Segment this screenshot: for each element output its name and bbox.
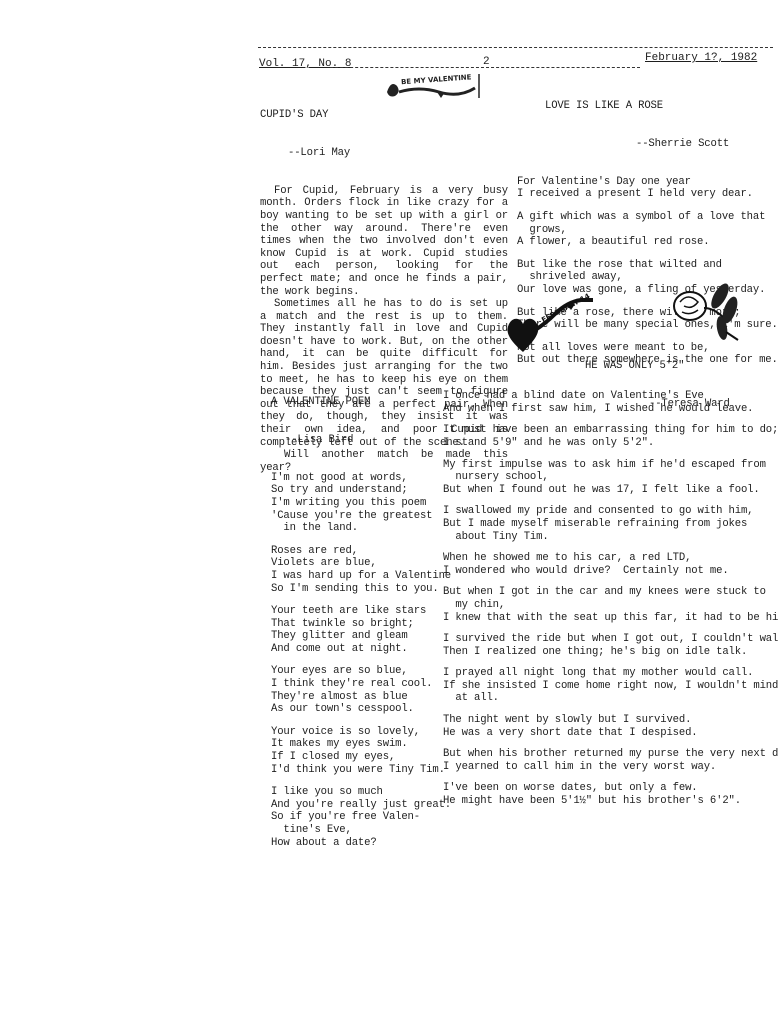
- stanza: I swallowed my pride and consented to go…: [443, 505, 778, 543]
- verse-line: If she insisted I come home right now, I…: [443, 680, 778, 693]
- verse-line: But when I got in the car and my knees w…: [443, 586, 778, 599]
- verse-line: Violets are blue,: [271, 557, 451, 570]
- verse-line: A flower, a beautiful red rose.: [517, 236, 778, 249]
- verse-line: nursery school,: [443, 471, 778, 484]
- stanza: I once had a blind date on Valentine's E…: [443, 390, 778, 415]
- stanza: But when his brother returned my purse t…: [443, 748, 778, 773]
- verse-line: But like the rose that wilted and: [517, 259, 778, 272]
- verse-line: I prayed all night long that my mother w…: [443, 667, 778, 680]
- verse-line: grows,: [517, 224, 778, 237]
- volume-label: Vol. 17, No. 8: [259, 58, 351, 70]
- verse-line: in the land.: [271, 522, 451, 535]
- verse-line: Your voice is so lovely,: [271, 726, 451, 739]
- verse-line: I survived the ride but when I got out, …: [443, 633, 778, 646]
- stanza: Your eyes are so blue,I think they're re…: [271, 665, 451, 715]
- verse-line: And when I first saw him, I wished he wo…: [443, 403, 778, 416]
- verse-line: Your eyes are so blue,: [271, 665, 451, 678]
- verse-line: I'm writing you this poem: [271, 497, 451, 510]
- verse-line: It makes my eyes swim.: [271, 738, 451, 751]
- svg-text:FEBRUARY 14: FEBRUARY 14: [540, 292, 591, 324]
- issue-date: February 1?, 1982: [645, 52, 757, 64]
- verse-line: For Valentine's Day one year: [517, 176, 778, 189]
- verse-line: If I closed my eyes,: [271, 751, 451, 764]
- verse-line: Then I realized one thing; he's big on i…: [443, 646, 778, 659]
- verse-line: My first impulse was to ask him if he'd …: [443, 459, 778, 472]
- verse-line: I'd think you were Tiny Tim.: [271, 764, 451, 777]
- verse-line: The night went by slowly but I survived.: [443, 714, 778, 727]
- rose-icon: [668, 282, 744, 342]
- article-author: --Lori May: [260, 147, 508, 160]
- article-title: CUPID'S DAY: [260, 109, 508, 122]
- stanza: But when I got in the car and my knees w…: [443, 586, 778, 624]
- stanza: I survived the ride but when I got out, …: [443, 633, 778, 658]
- stanza: It must have been an embarrassing thing …: [443, 424, 778, 449]
- verse-line: He was a very short date that I despised…: [443, 727, 778, 740]
- poem-author: --Sherrie Scott: [517, 138, 778, 151]
- verse-line: But when I found out he was 17, I felt l…: [443, 484, 778, 497]
- verse-line: Roses are red,: [271, 545, 451, 558]
- stanza: Your voice is so lovely,It makes my eyes…: [271, 726, 451, 776]
- verse-line: So I'm sending this to you.: [271, 583, 451, 596]
- verse-line: I received a present I held very dear.: [517, 188, 778, 201]
- verse-line: I yearned to call him in the very worst …: [443, 761, 778, 774]
- verse-line: tine's Eve,: [271, 824, 451, 837]
- verse-line: That twinkle so bright;: [271, 618, 451, 631]
- february-14-heart-clipart: FEBRUARY 14: [505, 292, 595, 358]
- verse-line: I knew that with the seat up this far, i…: [443, 612, 778, 625]
- stanza: A gift which was a symbol of a love that…: [517, 211, 778, 249]
- stanza: I've been on worse dates, but only a few…: [443, 782, 778, 807]
- stanza: My first impulse was to ask him if he'd …: [443, 459, 778, 497]
- paragraph: For Cupid, February is a very busy month…: [260, 185, 508, 298]
- verse-line: I was hard up for a Valentine: [271, 570, 451, 583]
- poem-title: LOVE IS LIKE A ROSE: [517, 100, 778, 113]
- poem-he-was-only-body: I once had a blind date on Valentine's E…: [443, 365, 778, 829]
- verse-line: They're almost as blue: [271, 691, 451, 704]
- stanza: The night went by slowly but I survived.…: [443, 714, 778, 739]
- masthead-dashed-rule: [330, 67, 640, 68]
- verse-line: Your teeth are like stars: [271, 605, 451, 618]
- verse-line: But when his brother returned my purse t…: [443, 748, 778, 761]
- poem-title: A VALENTINE POEM: [271, 396, 451, 409]
- verse-line: I think they're real cool.: [271, 678, 451, 691]
- verse-line: 'Cause you're the greatest: [271, 510, 451, 523]
- verse-line: But I made myself miserable refraining f…: [443, 518, 778, 531]
- verse-line: And you're really just great.: [271, 799, 451, 812]
- stanza: I'm not good at words,So try and underst…: [271, 472, 451, 535]
- stanza: When he showed me to his car, a red LTD,…: [443, 552, 778, 577]
- verse-line: So try and understand;: [271, 484, 451, 497]
- verse-line: at all.: [443, 692, 778, 705]
- verse-line: So if you're free Valen-: [271, 811, 451, 824]
- stanza: I prayed all night long that my mother w…: [443, 667, 778, 705]
- verse-line: I like you so much: [271, 786, 451, 799]
- verse-line: I once had a blind date on Valentine's E…: [443, 390, 778, 403]
- top-dashed-rule: [258, 47, 773, 48]
- verse-line: He might have been 5'1½" but his brother…: [443, 795, 778, 808]
- verse-line: A gift which was a symbol of a love that: [517, 211, 778, 224]
- verse-line: And come out at night.: [271, 643, 451, 656]
- poem-a-valentine-poem: A VALENTINE POEM --Lisa Bird I'm not goo…: [271, 371, 451, 872]
- stanza: Your teeth are like starsThat twinkle so…: [271, 605, 451, 655]
- heart-icon: FEBRUARY 14: [505, 292, 595, 358]
- rose-clipart: [668, 282, 744, 342]
- verse-line: about Tiny Tim.: [443, 531, 778, 544]
- poem-author: --Lisa Bird: [271, 434, 451, 447]
- poem-stanzas: I'm not good at words,So try and underst…: [271, 472, 451, 849]
- verse-line: I'm not good at words,: [271, 472, 451, 485]
- verse-line: It must have been an embarrassing thing …: [443, 424, 778, 437]
- verse-line: When he showed me to his car, a red LTD,: [443, 552, 778, 565]
- verse-line: As our town's cesspool.: [271, 703, 451, 716]
- verse-line: They glitter and gleam: [271, 630, 451, 643]
- verse-line: I've been on worse dates, but only a few…: [443, 782, 778, 795]
- verse-line: my chin,: [443, 599, 778, 612]
- stanza: I like you so muchAnd you're really just…: [271, 786, 451, 849]
- verse-line: I wondered who would drive? Certainly no…: [443, 565, 778, 578]
- poem-stanzas: I once had a blind date on Valentine's E…: [443, 390, 778, 807]
- stanza: Roses are red,Violets are blue,I was har…: [271, 545, 451, 595]
- verse-line: I swallowed my pride and consented to go…: [443, 505, 778, 518]
- verse-line: How about a date?: [271, 837, 451, 850]
- verse-line: I stand 5'9" and he was only 5'2".: [443, 437, 778, 450]
- stanza: For Valentine's Day one yearI received a…: [517, 176, 778, 201]
